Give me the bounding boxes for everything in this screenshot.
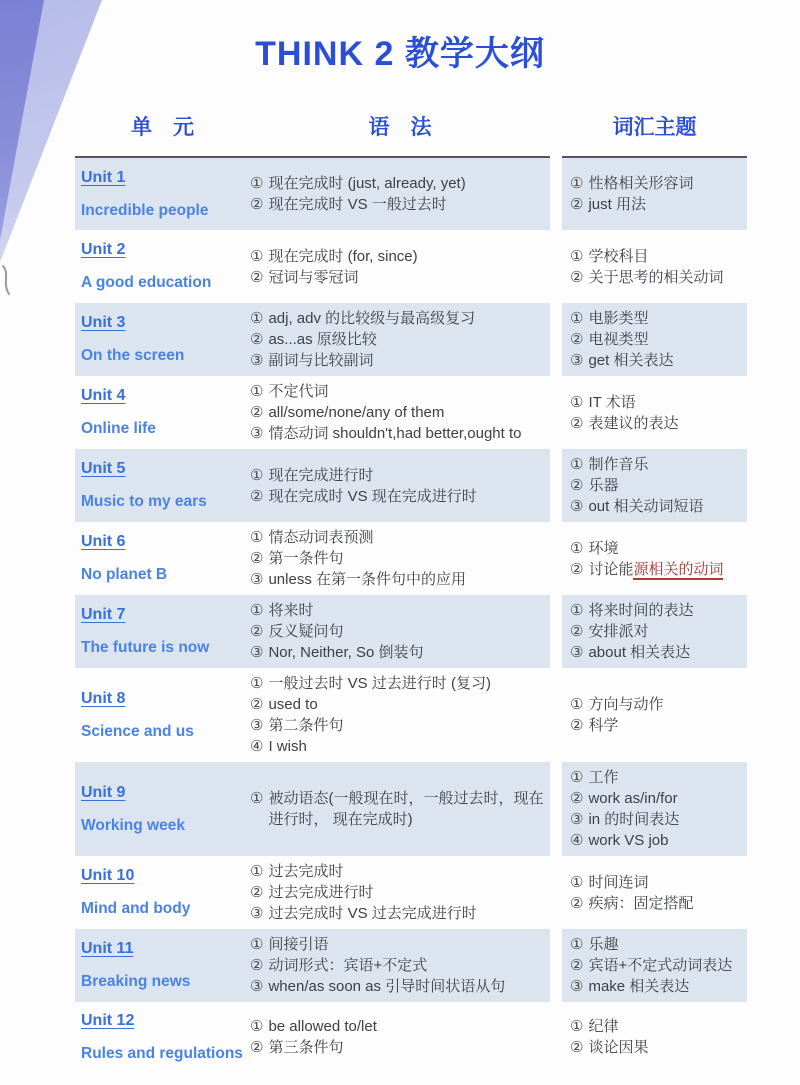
table-row: Unit 9Working week①被动语态(一般现在时，一般过去时，现在进行… (75, 762, 747, 856)
item-number-icon: ② (250, 194, 263, 215)
grammar-item: ①情态动词表预测 (250, 527, 550, 548)
unit-subtitle: Music to my ears (81, 493, 250, 511)
item-number-icon: ① (250, 788, 263, 830)
vocab-item: ②just 用法 (570, 194, 747, 215)
vocab-item-text: 谈论因果 (588, 1037, 648, 1058)
vocab-item: ①环境 (570, 538, 747, 559)
item-number-icon: ② (570, 559, 583, 580)
grammar-item: ①现在完成进行时 (250, 465, 550, 486)
unit-cell: Unit 2A good education (75, 230, 250, 303)
unit-subtitle: Rules and regulations (81, 1045, 250, 1063)
grammar-cell: ①间接引语②动词形式：宾语+不定式③when/as soon as 引导时间状语… (250, 929, 550, 1002)
vocab-item-text: out 相关动词短语 (588, 496, 703, 517)
item-number-icon: ② (250, 882, 263, 903)
vocab-item: ①乐趣 (570, 934, 747, 955)
item-number-icon: ② (570, 475, 583, 496)
grammar-item: ②第三条件句 (250, 1037, 550, 1058)
column-gutter (550, 158, 562, 230)
unit-link[interactable]: Unit 10 (81, 867, 250, 885)
item-number-icon: ① (250, 173, 263, 194)
grammar-item: ③Nor, Neither, So 倒装句 (250, 642, 550, 663)
grammar-cell: ①be allowed to/let②第三条件句 (250, 1002, 550, 1072)
grammar-item-text: as...as 原级比较 (268, 329, 376, 350)
unit-cell: Unit 11Breaking news (75, 929, 250, 1002)
item-number-icon: ③ (570, 496, 583, 517)
item-number-icon: ② (570, 788, 583, 809)
item-number-icon: ② (250, 1037, 263, 1058)
grammar-item-text: 现在完成时 VS 现在完成进行时 (268, 486, 476, 507)
grammar-item: ③unless 在第一条件句中的应用 (250, 569, 550, 590)
table-row: Unit 1Incredible people①现在完成时 (just, alr… (75, 158, 747, 230)
table-row: Unit 6No planet B①情态动词表预测②第一条件句③unless 在… (75, 522, 747, 595)
vocab-item-text: make 相关表达 (588, 976, 689, 997)
grammar-item: ②used to (250, 694, 550, 715)
item-number-icon: ④ (250, 736, 263, 757)
unit-subtitle: Incredible people (81, 202, 250, 220)
grammar-item-text: 不定代词 (268, 381, 328, 402)
grammar-item-text: 现在完成时 (for, since) (268, 246, 417, 267)
row-left-panel: Unit 2A good education①现在完成时 (for, since… (75, 230, 550, 303)
page-title: THINK 2 教学大纲 (0, 26, 800, 75)
unit-link[interactable]: Unit 7 (81, 606, 250, 624)
column-gutter (550, 929, 562, 1002)
vocab-cell: ①将来时间的表达②安排派对③about 相关表达 (562, 595, 747, 668)
vocab-item-text: 将来时间的表达 (588, 600, 693, 621)
grammar-item: ①过去完成时 (250, 861, 550, 882)
row-left-panel: Unit 12Rules and regulations①be allowed … (75, 1002, 550, 1072)
grammar-item-text: 第二条件句 (268, 715, 343, 736)
table-row: Unit 5Music to my ears①现在完成进行时②现在完成时 VS … (75, 449, 747, 522)
vocab-item-text: IT 术语 (588, 392, 635, 413)
unit-link[interactable]: Unit 5 (81, 460, 250, 478)
table-row: Unit 4Online life①不定代词②all/some/none/any… (75, 376, 747, 449)
vocab-item: ①IT 术语 (570, 392, 747, 413)
grammar-item: ①现在完成时 (for, since) (250, 246, 550, 267)
item-number-icon: ① (570, 246, 583, 267)
item-number-icon: ③ (570, 350, 583, 371)
vocab-item-text: 宾语+不定式动词表达 (588, 955, 732, 976)
unit-subtitle: Online life (81, 420, 250, 438)
unit-link[interactable]: Unit 4 (81, 387, 250, 405)
vocab-item: ③get 相关表达 (570, 350, 747, 371)
unit-link[interactable]: Unit 8 (81, 690, 250, 708)
unit-cell: Unit 5Music to my ears (75, 449, 250, 522)
vocab-item: ②乐器 (570, 475, 747, 496)
grammar-item: ②冠词与零冠词 (250, 267, 550, 288)
item-number-icon: ④ (570, 830, 583, 851)
row-left-panel: Unit 7The future is now①将来时②反义疑问句③Nor, N… (75, 595, 550, 668)
grammar-item: ②动词形式：宾语+不定式 (250, 955, 550, 976)
item-number-icon: ② (250, 955, 263, 976)
vocab-item-text: work VS job (588, 830, 668, 851)
vocab-item-text-normal: 讨论能 (588, 561, 633, 578)
item-number-icon: ② (250, 621, 263, 642)
unit-link[interactable]: Unit 9 (81, 784, 250, 802)
table-row: Unit 12Rules and regulations①be allowed … (75, 1002, 747, 1072)
row-left-panel: Unit 11Breaking news①间接引语②动词形式：宾语+不定式③wh… (75, 929, 550, 1002)
unit-link[interactable]: Unit 1 (81, 169, 250, 187)
grammar-cell: ①现在完成进行时②现在完成时 VS 现在完成进行时 (250, 449, 550, 522)
unit-cell: Unit 10Mind and body (75, 856, 250, 929)
vocab-item: ③about 相关表达 (570, 642, 747, 663)
table-row: Unit 11Breaking news①间接引语②动词形式：宾语+不定式③wh… (75, 929, 747, 1002)
vocab-item-text: 纪律 (588, 1016, 618, 1037)
grammar-cell: ①一般过去时 VS 过去进行时 (复习)②used to③第二条件句④I wis… (250, 668, 550, 762)
item-number-icon: ③ (570, 976, 583, 997)
vocab-item: ②电视类型 (570, 329, 747, 350)
column-gutter (550, 522, 562, 595)
item-number-icon: ① (570, 392, 583, 413)
grammar-item: ①被动语态(一般现在时，一般过去时，现在进行时， 现在完成时) (250, 788, 550, 830)
column-gutter (550, 449, 562, 522)
vocab-item: ①将来时间的表达 (570, 600, 747, 621)
item-number-icon: ① (570, 600, 583, 621)
item-number-icon: ① (250, 673, 263, 694)
unit-cell: Unit 8Science and us (75, 668, 250, 762)
vocab-cell: ①时间连词②疾病：固定搭配 (562, 856, 747, 929)
vocab-item: ①性格相关形容词 (570, 173, 747, 194)
item-number-icon: ① (570, 173, 583, 194)
item-number-icon: ② (250, 402, 263, 423)
grammar-item-text: 将来时 (268, 600, 313, 621)
vocab-item: ②安排派对 (570, 621, 747, 642)
unit-cell: Unit 7The future is now (75, 595, 250, 668)
stray-pen-mark (0, 264, 14, 301)
vocab-item: ②宾语+不定式动词表达 (570, 955, 747, 976)
syllabus-table: 单 元 语 法 词汇主题 Unit 1Incredible people①现在完… (75, 111, 747, 1072)
column-header-unit: 单 元 (75, 111, 250, 141)
row-left-panel: Unit 9Working week①被动语态(一般现在时，一般过去时，现在进行… (75, 762, 550, 856)
grammar-item: ③过去完成时 VS 过去完成进行时 (250, 903, 550, 924)
grammar-item-text: 反义疑问句 (268, 621, 343, 642)
item-number-icon: ① (250, 934, 263, 955)
item-number-icon: ① (570, 767, 583, 788)
item-number-icon: ① (250, 1016, 263, 1037)
grammar-item: ②现在完成时 VS 现在完成进行时 (250, 486, 550, 507)
grammar-item: ①间接引语 (250, 934, 550, 955)
vocab-item: ③make 相关表达 (570, 976, 747, 997)
vocab-item-text: 表建议的表达 (588, 413, 678, 434)
grammar-item-text: 现在完成时 VS 一般过去时 (268, 194, 446, 215)
item-number-icon: ① (570, 1016, 583, 1037)
vocab-item-text-highlighted: 源相关的动词 (633, 561, 723, 580)
column-header-vocab: 词汇主题 (562, 111, 747, 141)
unit-link[interactable]: Unit 12 (81, 1012, 250, 1030)
grammar-item-text: Nor, Neither, So 倒装句 (268, 642, 423, 663)
unit-subtitle: Working week (81, 817, 250, 835)
table-row: Unit 8Science and us①一般过去时 VS 过去进行时 (复习)… (75, 668, 747, 762)
vocab-item: ①纪律 (570, 1016, 747, 1037)
vocab-item: ①工作 (570, 767, 747, 788)
grammar-item-text: 副词与比较副词 (268, 350, 373, 371)
grammar-cell: ①被动语态(一般现在时，一般过去时，现在进行时， 现在完成时) (250, 762, 550, 856)
vocab-item-text: 学校科目 (588, 246, 648, 267)
item-number-icon: ① (250, 381, 263, 402)
grammar-item: ①be allowed to/let (250, 1016, 550, 1037)
grammar-cell: ①将来时②反义疑问句③Nor, Neither, So 倒装句 (250, 595, 550, 668)
unit-cell: Unit 1Incredible people (75, 158, 250, 230)
unit-link[interactable]: Unit 6 (81, 533, 250, 551)
grammar-item-text: unless 在第一条件句中的应用 (268, 569, 466, 590)
item-number-icon: ③ (250, 976, 263, 997)
column-gutter (550, 762, 562, 856)
vocab-cell: ①纪律②谈论因果 (562, 1002, 747, 1072)
table-row: Unit 3On the screen①adj, adv 的比较级与最高级复习②… (75, 303, 747, 376)
grammar-item-text: 过去完成时 (268, 861, 343, 882)
table-row: Unit 2A good education①现在完成时 (for, since… (75, 230, 747, 303)
vocab-cell: ①学校科目②关于思考的相关动词 (562, 230, 747, 303)
item-number-icon: ① (570, 872, 583, 893)
vocab-item: ①方向与动作 (570, 694, 747, 715)
unit-subtitle: Breaking news (81, 973, 250, 991)
item-number-icon: ② (250, 694, 263, 715)
column-gutter (550, 303, 562, 376)
item-number-icon: ② (570, 955, 583, 976)
grammar-item-text: I wish (268, 736, 306, 757)
item-number-icon: ② (250, 548, 263, 569)
vocab-cell: ①环境②讨论能源相关的动词 (562, 522, 747, 595)
grammar-cell: ①现在完成时 (for, since)②冠词与零冠词 (250, 230, 550, 303)
grammar-item-text: 间接引语 (268, 934, 328, 955)
vocab-item-text: 疾病：固定搭配 (588, 893, 693, 914)
vocab-item: ②表建议的表达 (570, 413, 747, 434)
item-number-icon: ① (570, 308, 583, 329)
grammar-item: ②过去完成进行时 (250, 882, 550, 903)
item-number-icon: ① (250, 527, 263, 548)
item-number-icon: ① (570, 454, 583, 475)
grammar-item: ①一般过去时 VS 过去进行时 (复习) (250, 673, 550, 694)
unit-link[interactable]: Unit 2 (81, 241, 250, 259)
grammar-cell: ①adj, adv 的比较级与最高级复习②as...as 原级比较③副词与比较副… (250, 303, 550, 376)
grammar-item-text: adj, adv 的比较级与最高级复习 (268, 308, 475, 329)
grammar-item: ③when/as soon as 引导时间状语从句 (250, 976, 550, 997)
vocab-cell: ①方向与动作②科学 (562, 668, 747, 762)
item-number-icon: ① (250, 465, 263, 486)
grammar-item: ②现在完成时 VS 一般过去时 (250, 194, 550, 215)
vocab-item: ②疾病：固定搭配 (570, 893, 747, 914)
table-row: Unit 10Mind and body①过去完成时②过去完成进行时③过去完成时… (75, 856, 747, 929)
grammar-item: ①将来时 (250, 600, 550, 621)
vocab-item: ②讨论能源相关的动词 (570, 559, 747, 580)
vocab-item: ②科学 (570, 715, 747, 736)
row-left-panel: Unit 5Music to my ears①现在完成进行时②现在完成时 VS … (75, 449, 550, 522)
item-number-icon: ③ (570, 642, 583, 663)
unit-link[interactable]: Unit 3 (81, 314, 250, 332)
grammar-item: ①不定代词 (250, 381, 550, 402)
row-left-panel: Unit 6No planet B①情态动词表预测②第一条件句③unless 在… (75, 522, 550, 595)
vocab-item-text: about 相关表达 (588, 642, 690, 663)
column-header-grammar: 语 法 (250, 111, 550, 141)
grammar-item: ④I wish (250, 736, 550, 757)
column-gutter (550, 856, 562, 929)
grammar-item-text: 过去完成进行时 (268, 882, 373, 903)
grammar-item-text: 第一条件句 (268, 548, 343, 569)
item-number-icon: ③ (250, 715, 263, 736)
item-number-icon: ② (250, 486, 263, 507)
unit-link[interactable]: Unit 11 (81, 940, 250, 958)
grammar-cell: ①过去完成时②过去完成进行时③过去完成时 VS 过去完成进行时 (250, 856, 550, 929)
vocab-item: ③out 相关动词短语 (570, 496, 747, 517)
vocab-item-text: 工作 (588, 767, 618, 788)
grammar-item-text: 过去完成时 VS 过去完成进行时 (268, 903, 476, 924)
grammar-item: ①adj, adv 的比较级与最高级复习 (250, 308, 550, 329)
item-number-icon: ③ (250, 903, 263, 924)
column-gutter (550, 376, 562, 449)
grammar-item-text: 第三条件句 (268, 1037, 343, 1058)
item-number-icon: ③ (250, 350, 263, 371)
table-header-row: 单 元 语 法 词汇主题 (75, 111, 747, 141)
item-number-icon: ① (250, 861, 263, 882)
table-row: Unit 7The future is now①将来时②反义疑问句③Nor, N… (75, 595, 747, 668)
vocab-item-text: 方向与动作 (588, 694, 663, 715)
unit-subtitle: The future is now (81, 639, 250, 657)
item-number-icon: ② (570, 329, 583, 350)
vocab-item-text: 乐趣 (588, 934, 618, 955)
unit-subtitle: On the screen (81, 347, 250, 365)
grammar-item-text: 现在完成进行时 (268, 465, 373, 486)
grammar-item: ②as...as 原级比较 (250, 329, 550, 350)
vocab-item-text: 制作音乐 (588, 454, 648, 475)
vocab-item-text: 乐器 (588, 475, 618, 496)
unit-subtitle: Science and us (81, 723, 250, 741)
item-number-icon: ② (570, 715, 583, 736)
grammar-cell: ①不定代词②all/some/none/any of them③情态动词 sho… (250, 376, 550, 449)
vocab-item-text: 时间连词 (588, 872, 648, 893)
vocab-item: ②谈论因果 (570, 1037, 747, 1058)
table-body: Unit 1Incredible people①现在完成时 (just, alr… (75, 158, 747, 1072)
vocab-item-text: get 相关表达 (588, 350, 673, 371)
item-number-icon: ③ (250, 642, 263, 663)
vocab-item: ①制作音乐 (570, 454, 747, 475)
vocab-item-text: 环境 (588, 538, 618, 559)
vocab-item: ①时间连词 (570, 872, 747, 893)
vocab-item: ④work VS job (570, 830, 747, 851)
grammar-item: ②反义疑问句 (250, 621, 550, 642)
grammar-item-text: 情态动词 shouldn't,had better,ought to (268, 423, 521, 444)
item-number-icon: ③ (250, 423, 263, 444)
column-gutter (550, 668, 562, 762)
vocab-item-text: work as/in/for (588, 788, 677, 809)
vocab-item-text: 电影类型 (588, 308, 648, 329)
vocab-cell: ①乐趣②宾语+不定式动词表达③make 相关表达 (562, 929, 747, 1002)
unit-cell: Unit 9Working week (75, 762, 250, 856)
vocab-item-text: in 的时间表达 (588, 809, 679, 830)
item-number-icon: ② (570, 1037, 583, 1058)
item-number-icon: ② (570, 621, 583, 642)
grammar-item: ②第一条件句 (250, 548, 550, 569)
column-gutter (550, 230, 562, 303)
vocab-cell: ①IT 术语②表建议的表达 (562, 376, 747, 449)
grammar-item: ③情态动词 shouldn't,had better,ought to (250, 423, 550, 444)
vocab-item: ②关于思考的相关动词 (570, 267, 747, 288)
item-number-icon: ① (570, 694, 583, 715)
item-number-icon: ③ (250, 569, 263, 590)
grammar-item-text: 情态动词表预测 (268, 527, 373, 548)
unit-subtitle: Mind and body (81, 900, 250, 918)
vocab-cell: ①性格相关形容词②just 用法 (562, 158, 747, 230)
vocab-item: ①学校科目 (570, 246, 747, 267)
grammar-item-text: 冠词与零冠词 (268, 267, 358, 288)
grammar-item-text: 现在完成时 (just, already, yet) (268, 173, 465, 194)
grammar-item-text: used to (268, 694, 317, 715)
vocab-item: ②work as/in/for (570, 788, 747, 809)
item-number-icon: ① (250, 308, 263, 329)
vocab-item-text: 科学 (588, 715, 618, 736)
item-number-icon: ② (250, 267, 263, 288)
unit-cell: Unit 12Rules and regulations (75, 1002, 250, 1072)
vocab-cell: ①制作音乐②乐器③out 相关动词短语 (562, 449, 747, 522)
grammar-item-text: 动词形式：宾语+不定式 (268, 955, 427, 976)
grammar-item-text: all/some/none/any of them (268, 402, 444, 423)
grammar-cell: ①现在完成时 (just, already, yet)②现在完成时 VS 一般过… (250, 158, 550, 230)
vocab-item-text: 电视类型 (588, 329, 648, 350)
grammar-item: ③第二条件句 (250, 715, 550, 736)
item-number-icon: ① (570, 934, 583, 955)
unit-subtitle: A good education (81, 274, 250, 292)
item-number-icon: ② (570, 194, 583, 215)
vocab-cell: ①工作②work as/in/for③in 的时间表达④work VS job (562, 762, 747, 856)
grammar-item: ②all/some/none/any of them (250, 402, 550, 423)
item-number-icon: ② (570, 413, 583, 434)
item-number-icon: ① (250, 600, 263, 621)
vocab-item-text: 关于思考的相关动词 (588, 267, 723, 288)
unit-cell: Unit 6No planet B (75, 522, 250, 595)
grammar-item-text: 一般过去时 VS 过去进行时 (复习) (268, 673, 491, 694)
vocab-item-text: just 用法 (588, 194, 646, 215)
column-gutter (550, 595, 562, 668)
row-left-panel: Unit 10Mind and body①过去完成时②过去完成进行时③过去完成时… (75, 856, 550, 929)
grammar-item: ①现在完成时 (just, already, yet) (250, 173, 550, 194)
vocab-cell: ①电影类型②电视类型③get 相关表达 (562, 303, 747, 376)
item-number-icon: ① (570, 538, 583, 559)
column-gutter (550, 1002, 562, 1072)
row-left-panel: Unit 1Incredible people①现在完成时 (just, alr… (75, 158, 550, 230)
vocab-item: ③in 的时间表达 (570, 809, 747, 830)
item-number-icon: ② (250, 329, 263, 350)
grammar-item-text: when/as soon as 引导时间状语从句 (268, 976, 505, 997)
row-left-panel: Unit 3On the screen①adj, adv 的比较级与最高级复习②… (75, 303, 550, 376)
item-number-icon: ② (570, 267, 583, 288)
vocab-item-text: 性格相关形容词 (588, 173, 693, 194)
grammar-item-text: 被动语态(一般现在时，一般过去时，现在进行时， 现在完成时) (268, 788, 550, 830)
item-number-icon: ① (250, 246, 263, 267)
vocab-item: ①电影类型 (570, 308, 747, 329)
grammar-cell: ①情态动词表预测②第一条件句③unless 在第一条件句中的应用 (250, 522, 550, 595)
vocab-item-text: 安排派对 (588, 621, 648, 642)
vocab-item-text: 讨论能源相关的动词 (588, 559, 723, 580)
grammar-item: ③副词与比较副词 (250, 350, 550, 371)
unit-subtitle: No planet B (81, 566, 250, 584)
item-number-icon: ② (570, 893, 583, 914)
row-left-panel: Unit 8Science and us①一般过去时 VS 过去进行时 (复习)… (75, 668, 550, 762)
unit-cell: Unit 3On the screen (75, 303, 250, 376)
grammar-item-text: be allowed to/let (268, 1016, 376, 1037)
unit-cell: Unit 4Online life (75, 376, 250, 449)
row-left-panel: Unit 4Online life①不定代词②all/some/none/any… (75, 376, 550, 449)
item-number-icon: ③ (570, 809, 583, 830)
